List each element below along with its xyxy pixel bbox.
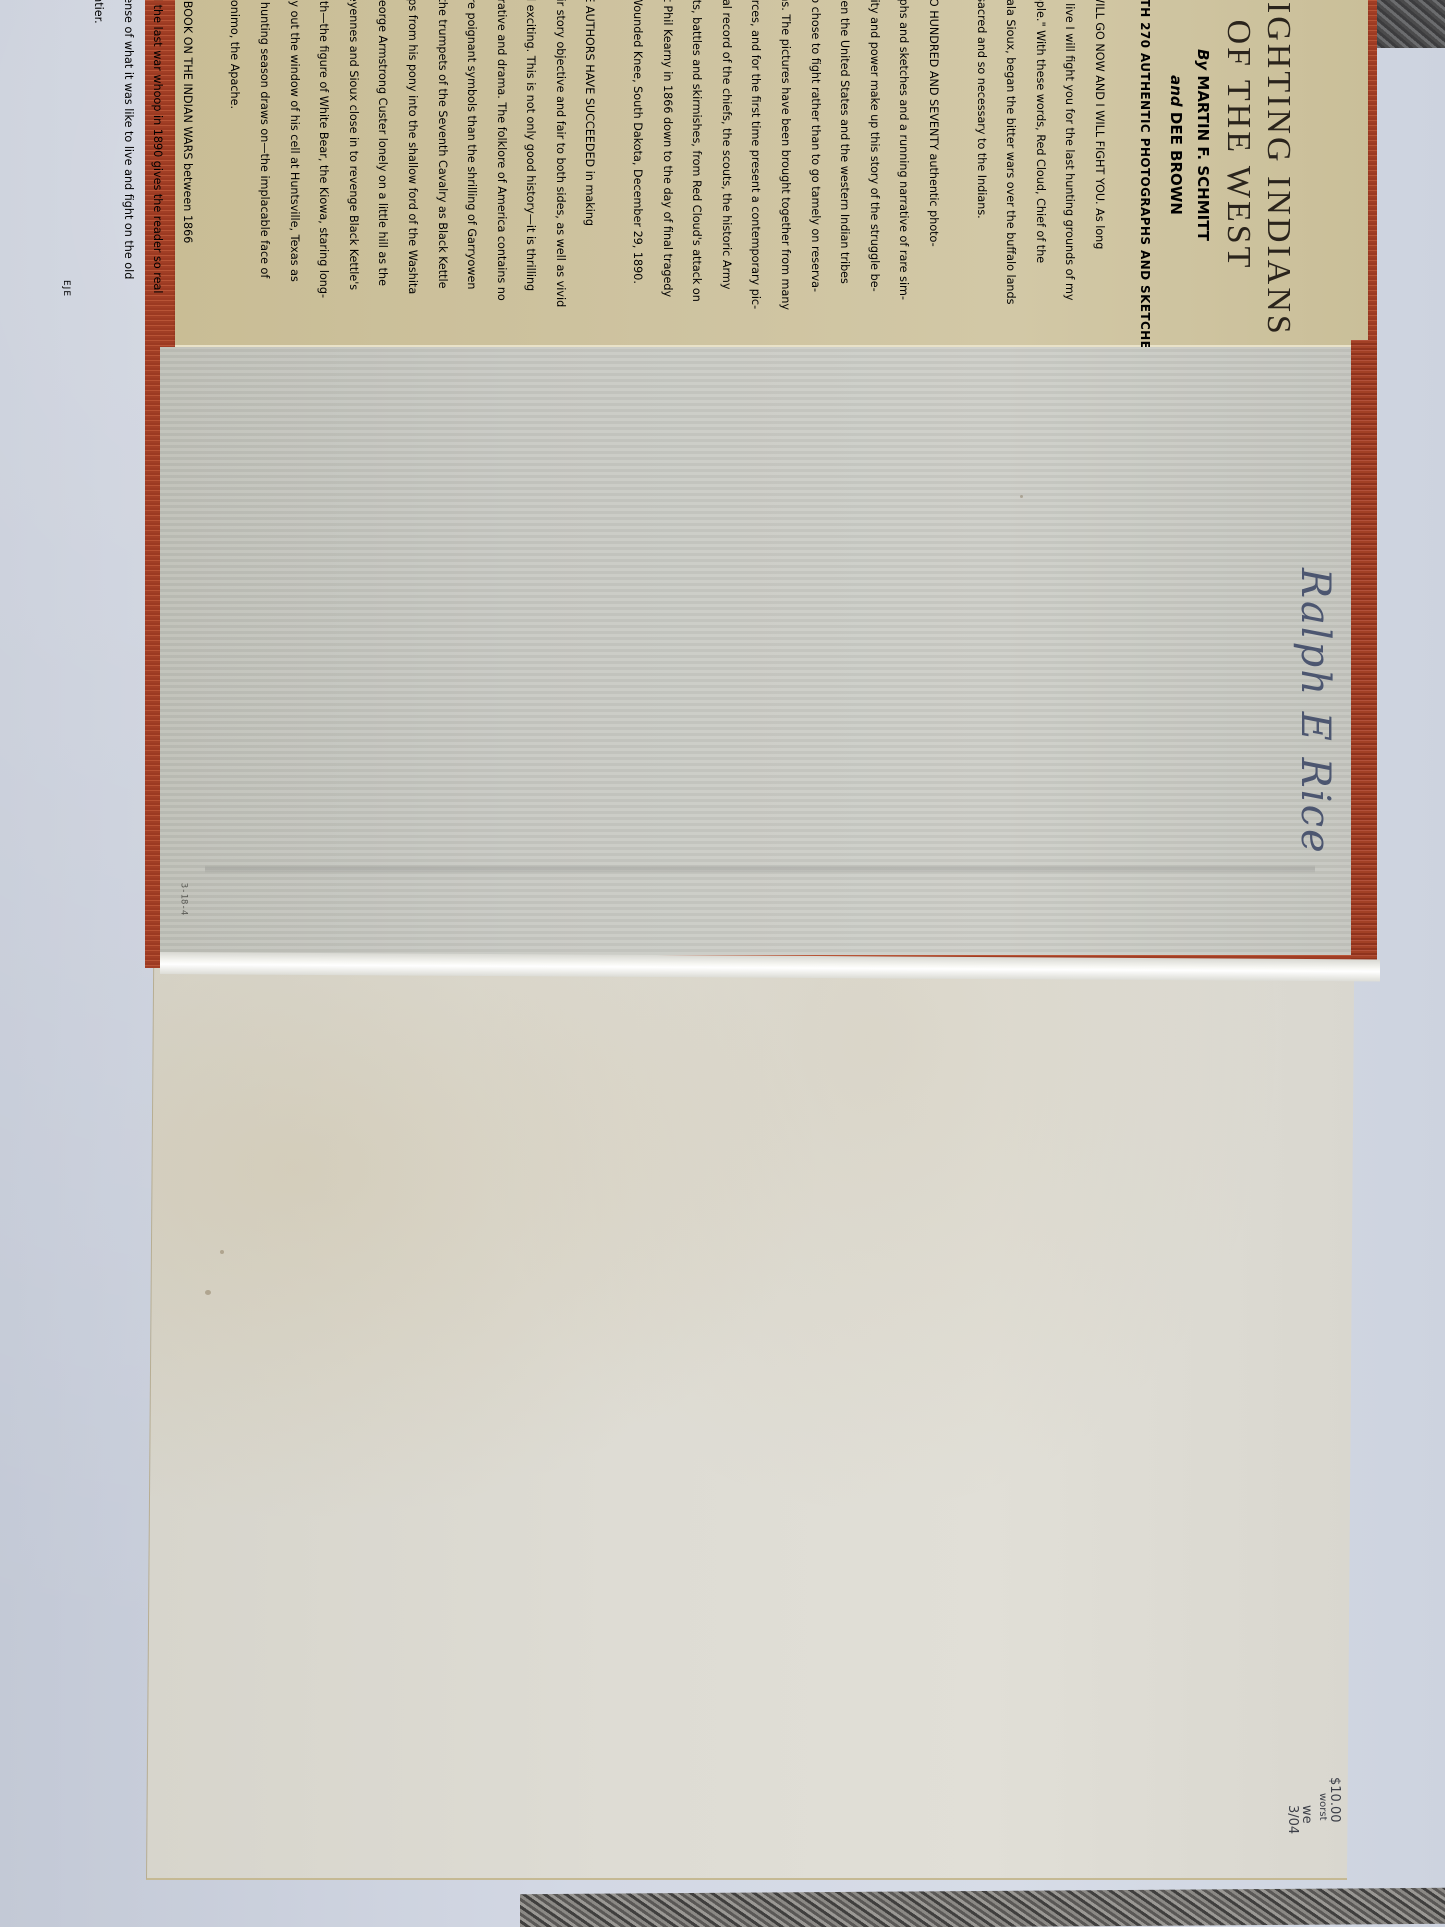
text-line: people." With these words, Red Cloud, Ch…: [1025, 0, 1055, 310]
owner-signature: Ralph E Rice: [1270, 565, 1360, 845]
foxing-spot: [220, 1250, 224, 1254]
paragraph-2: TWO HUNDRED AND SEVENTY authentic photo-…: [623, 0, 949, 310]
text-line: narrative and drama. The folklore of Ame…: [486, 0, 516, 310]
signature-text: Ralph E Rice: [1292, 568, 1338, 848]
text-line: drops from his pony into the shallow for…: [397, 0, 427, 310]
stamp-text: 3-18-4: [178, 883, 188, 916]
granite-countertop-bottom: [520, 1888, 1445, 1927]
author-line-2: and DEE BROWN: [1164, 0, 1188, 310]
text-line: ingly out the window of his cell at Hunt…: [279, 0, 309, 310]
text-line: who chose to fight rather than to go tam…: [800, 0, 830, 310]
author-line-1: By MARTIN F. SCHMITT: [1188, 0, 1218, 310]
text-line: "I WILL GO NOW AND I WILL FIGHT YOU. As …: [1084, 0, 1114, 310]
text-line: and exciting. This is not only good hist…: [516, 0, 546, 310]
text-line: sources, and for the first time present …: [741, 0, 771, 310]
text-line: their story objective and fair to both s…: [545, 0, 575, 310]
dust-jacket-flap-text: FIGHTING INDIANS OF THE WEST By MARTIN F…: [168, 0, 1298, 310]
price-line-3: we: [1299, 1805, 1314, 1824]
text-line: graphs and sketches and a running narrat…: [889, 0, 919, 310]
text-line: NO BOOK ON THE INDIAN WARS between 1866: [172, 0, 202, 310]
text-line: tween the United States and the western …: [830, 0, 860, 310]
text-line: so sacred and so necessary to the Indian…: [966, 0, 996, 310]
text-line: Oglala Sioux, began the bitter wars over…: [996, 0, 1026, 310]
price-line-1: $10.00: [1327, 1777, 1342, 1823]
designer-initials: EJE: [61, 0, 71, 310]
text-line: a sense of what it was like to live and …: [113, 0, 143, 310]
author-1: MARTIN F. SCHMITT: [1194, 75, 1212, 241]
foxing-spot: [1020, 495, 1023, 498]
price-line-2: worst: [1317, 1793, 1328, 1821]
text-line: posts, battles and skirmishes, from Red …: [682, 0, 712, 310]
text-line: at Wounded Knee, South Dakota, December …: [623, 0, 653, 310]
text-line: death—the figure of White Bear, the Kiow…: [309, 0, 339, 310]
pencil-price-note: $10.00 worst we 3/04: [1270, 1775, 1345, 1865]
hinge-shadow: [205, 865, 1315, 873]
text-line: TWO HUNDRED AND SEVENTY authentic photo-: [918, 0, 948, 310]
author-2: DEE BROWN: [1167, 112, 1185, 215]
text-line: and the last war whoop in 1890 gives the…: [143, 0, 173, 310]
free-endpaper-page: [146, 968, 1354, 1880]
book-title-line-1: FIGHTING INDIANS: [1258, 0, 1298, 310]
foxing-spot: [205, 1290, 211, 1295]
subtitle: WITH 270 AUTHENTIC PHOTOGRAPHS AND SKETC…: [1132, 0, 1158, 310]
price-line-4: 3/04: [1285, 1805, 1300, 1834]
text-line: Cheyennes and Sioux close in to revenge …: [338, 0, 368, 310]
text-line: Geronimo, the Apache.: [220, 0, 250, 310]
text-line: frontier.: [83, 0, 113, 310]
text-line: the hunting season draws on—the implacab…: [249, 0, 279, 310]
text-line: THE AUTHORS HAVE SUCCEEDED in making: [575, 0, 605, 310]
book-title-line-2: OF THE WEST: [1218, 0, 1258, 310]
text-line: tions. The pictures have been brought to…: [770, 0, 800, 310]
text-line: —George Armstrong Custer lonely on a lit…: [368, 0, 398, 310]
pencil-stamp: 3-18-4: [175, 880, 195, 925]
text-line: more poignant symbols than the shrilling…: [457, 0, 487, 310]
text-line: on the trumpets of the Seventh Cavalry a…: [427, 0, 457, 310]
and-label: and: [1167, 75, 1185, 107]
paragraph-4: NO BOOK ON THE INDIAN WARS between 1866 …: [83, 0, 201, 310]
by-label: By: [1194, 49, 1212, 70]
pastedown-endpaper: [160, 347, 1360, 955]
text-line: as I live I will fight you for the last …: [1055, 0, 1085, 310]
paragraph-1: "I WILL GO NOW AND I WILL FIGHT YOU. As …: [966, 0, 1114, 310]
text-line: Fort Phil Kearny in 1866 down to the day…: [652, 0, 682, 310]
paragraph-3: THE AUTHORS HAVE SUCCEEDED in making the…: [220, 0, 605, 310]
text-line: plicity and power make up this story of …: [859, 0, 889, 310]
text-line: torial record of the chiefs, the scouts,…: [711, 0, 741, 310]
